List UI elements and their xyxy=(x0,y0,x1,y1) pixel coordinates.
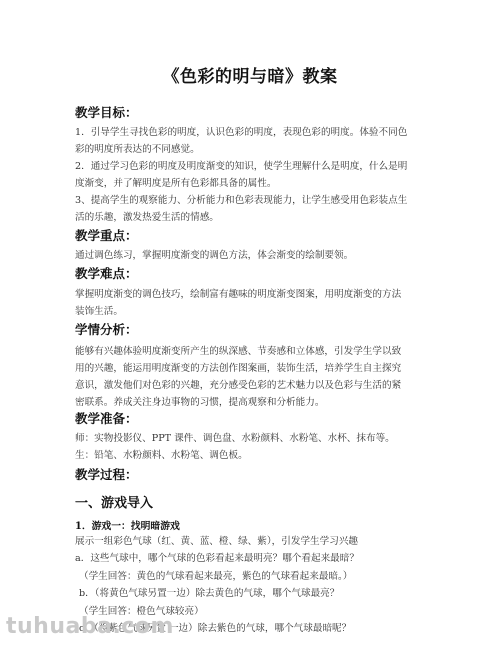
key-points-text: 通过调色练习，掌握明度渐变的调色方法，体会渐变的绘制要领。 xyxy=(75,247,420,264)
text-line: 掌握明度渐变的调色技巧，绘制富有趣味的明度渐变图案，用明度渐变的方法 xyxy=(75,286,420,303)
text-line: 装饰生活。 xyxy=(75,303,420,320)
text-line: 能够有兴趣体验明度渐变所产生的纵深感、节奏感和立体感，引发学生学以致 xyxy=(75,343,420,360)
difficulties-text: 掌握明度渐变的调色技巧，绘制富有趣味的明度渐变图案，用明度渐变的方法 装饰生活。 xyxy=(75,286,420,320)
preparation-text: 师：实物投影仪、PPT 课件、调色盘、水粉颜料、水粉笔、水杯、抹布等。 生：铅笔… xyxy=(75,430,420,464)
watermark: tuhuaba.com xyxy=(6,614,174,639)
text-line: 彩的明度所表达的不同感觉。 xyxy=(75,141,420,158)
process-heading: 教学过程： xyxy=(75,465,138,483)
document-page: 《色彩的明与暗》教案 教学目标： 1．引导学生寻找色彩的明度，认识色彩的明度，表… xyxy=(0,0,500,648)
difficulties-heading: 教学难点： xyxy=(75,264,138,282)
document-title: 《色彩的明与暗》教案 xyxy=(0,62,500,87)
text-line: 通过调色练习，掌握明度渐变的调色方法，体会渐变的绘制要领。 xyxy=(75,247,420,264)
text-line: 用的兴趣，能运用明度渐变的方法创作图案画，装饰生活，培养学生自主探究 xyxy=(75,360,420,377)
analysis-heading: 学情分析： xyxy=(75,320,138,338)
text-line: b．（将黄色气球另置一边）除去黄色的气球，哪个气球最亮？ xyxy=(75,585,420,602)
objectives-text: 1．引导学生寻找色彩的明度，认识色彩的明度，表现色彩的明度。体验不同色 彩的明度… xyxy=(75,124,420,226)
text-line: 生：铅笔、水粉颜料、水粉笔、调色板。 xyxy=(75,447,420,464)
part1-subheading: 1．游戏一：找明暗游戏 xyxy=(75,518,180,532)
text-line: 度渐变，并了解明度是所有色彩都具备的属性。 xyxy=(75,175,420,192)
objectives-heading: 教学目标： xyxy=(75,103,138,121)
part1-heading: 一、游戏导入 xyxy=(75,492,153,511)
text-line: 活的乐趣，激发热爱生活的情感。 xyxy=(75,209,420,226)
text-line: 意识，激发他们对色彩的兴趣，充分感受色彩的艺术魅力以及色彩与生活的紧 xyxy=(75,377,420,394)
text-line: 3、提高学生的观察能力、分析能力和色彩表现能力，让学生感受用色彩装点生 xyxy=(75,192,420,209)
key-points-heading: 教学重点： xyxy=(75,226,138,244)
text-line: 师：实物投影仪、PPT 课件、调色盘、水粉颜料、水粉笔、水杯、抹布等。 xyxy=(75,430,420,447)
preparation-heading: 教学准备： xyxy=(75,409,138,427)
text-line: 2．通过学习色彩的明度及明度渐变的知识，使学生理解什么是明度，什么是明 xyxy=(75,158,420,175)
text-line: a．这些气球中，哪个气球的色彩看起来最明亮？哪个看起来最暗？ xyxy=(75,550,420,567)
analysis-text: 能够有兴趣体验明度渐变所产生的纵深感、节奏感和立体感，引发学生学以致 用的兴趣，… xyxy=(75,343,420,411)
text-line: （学生回答：黄色的气球看起来最亮，紫色的气球看起来最暗。） xyxy=(75,568,420,585)
text-line: 展示一组彩色气球（红、黄、蓝、橙、绿、紫），引发学生学习兴趣 xyxy=(75,533,420,550)
text-line: 1．引导学生寻找色彩的明度，认识色彩的明度，表现色彩的明度。体验不同色 xyxy=(75,124,420,141)
